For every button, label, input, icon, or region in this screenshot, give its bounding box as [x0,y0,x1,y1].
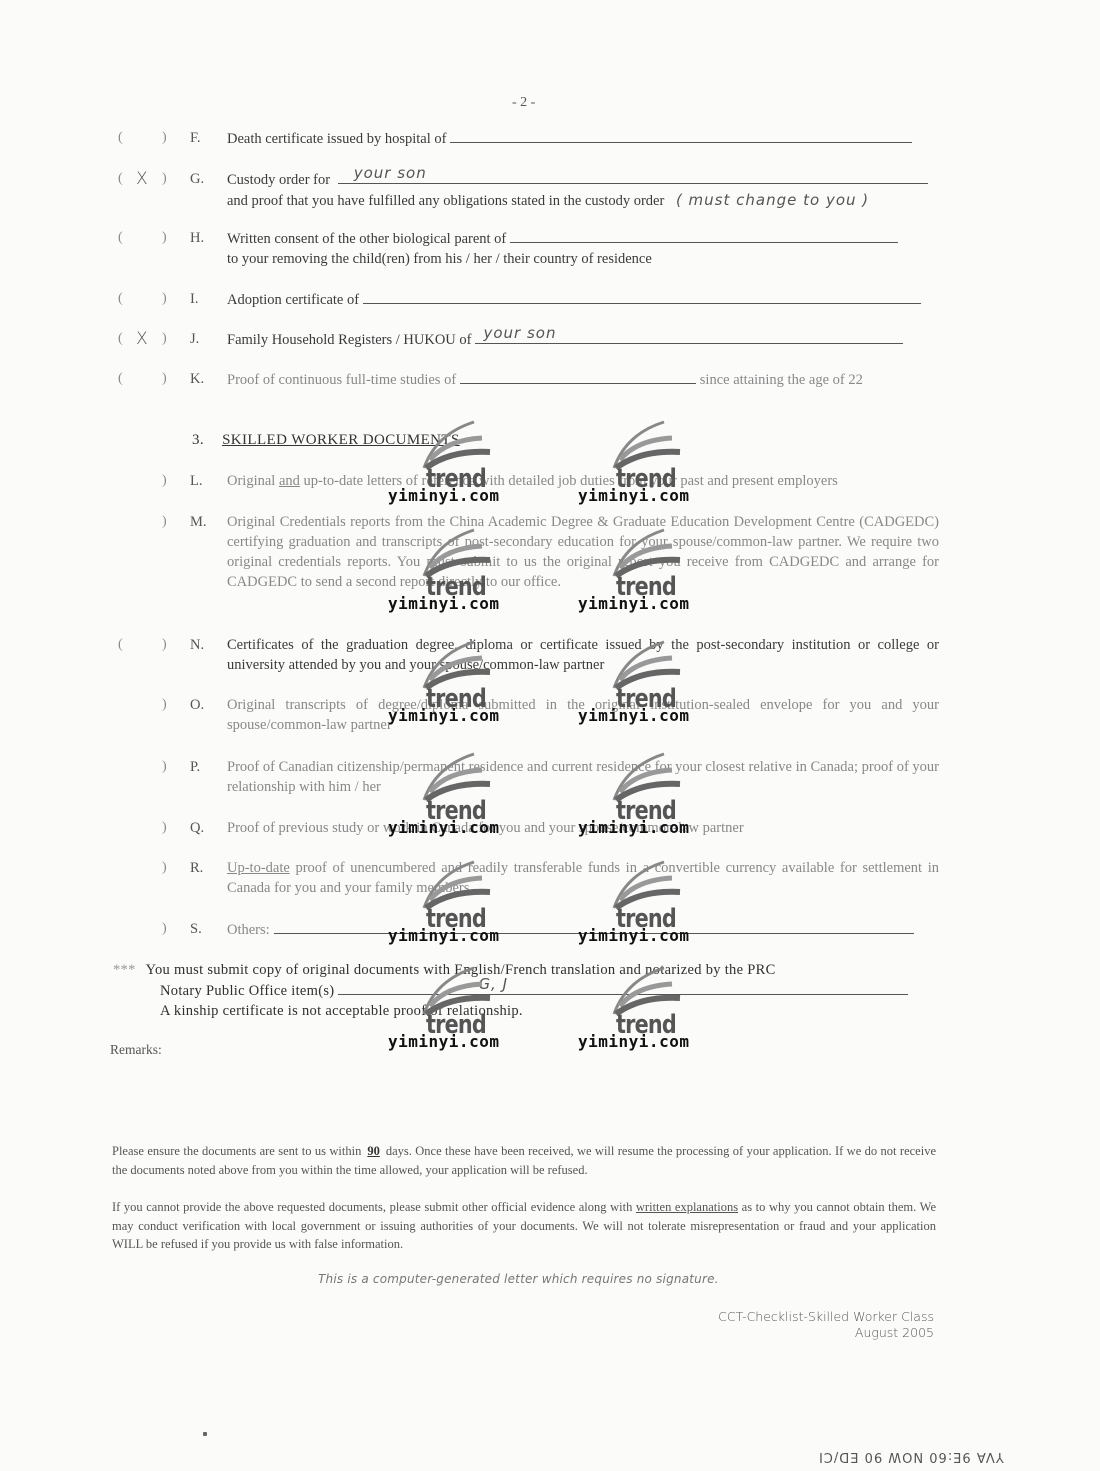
handwritten-check-mark: X [136,329,148,349]
checkbox-left: ( [118,128,123,148]
watermark-site: yiminyi.com [578,1032,689,1051]
checkbox-right: ) [162,169,167,189]
notary-items-blank: G, J [338,980,908,995]
checkbox-right: ) [162,128,167,148]
swoosh-logo-icon [606,420,686,470]
para-text: If you cannot provide the above requeste… [112,1200,636,1214]
fill-blank [363,289,921,304]
item-letter: M. [190,512,207,532]
fax-header-inverted: YVA 9E:60 NOW 90 ED/CI [818,1449,1004,1464]
checkbox-right: ) [162,369,167,389]
checkbox-left: ( [118,169,123,189]
checkbox-right: ) [162,471,167,491]
deadline-days: 90 [361,1144,386,1158]
watermark-site: yiminyi.com [578,594,689,613]
checkbox-right: ) [162,919,167,939]
fill-blank [450,128,912,143]
item-text: Original transcripts of degree/diploma s… [227,695,939,735]
note-line3: A kinship certificate is not acceptable … [113,1001,943,1021]
note-line1: You must submit copy of original documen… [146,962,776,978]
evidence-paragraph: If you cannot provide the above requeste… [112,1198,936,1254]
item-text: Certificates of the graduation degree, d… [227,635,939,675]
checkbox-right: ) [162,757,167,777]
checkbox-right: ) [162,329,167,349]
handwritten-check-mark: X [136,169,148,189]
item-letter: S. [190,919,202,939]
item-text: Custody order for [227,172,330,188]
fill-blank [460,369,696,384]
item-text: Original [227,473,279,489]
remarks-label: Remarks: [110,1042,162,1058]
page-number: - 2 - [512,95,535,111]
item-text-line2: and proof that you have fulfilled any ob… [227,193,664,209]
item-text-rest: up-to-date letters of reference with det… [300,473,838,489]
section-number: 3. [192,432,204,448]
item-letter: I. [190,289,198,309]
item-text: Proof of continuous full-time studies of [227,372,456,388]
para-text: Please ensure the documents are sent to … [112,1144,361,1158]
item-letter: O. [190,695,204,715]
handwritten-entry: your son [483,323,556,343]
item-letter: F. [190,128,201,148]
checkbox-left: ( [118,635,123,655]
checkbox-right: ) [162,695,167,715]
notary-note: ***You must submit copy of original docu… [113,960,943,1021]
item-text: Family Household Registers / HUKOU of [227,332,471,348]
checkbox-right: ) [162,818,167,838]
item-text: Proof of Canadian citizenship/permanent … [227,757,939,797]
item-letter: P. [190,757,200,777]
item-text: Death certificate issued by hospital of [227,131,446,147]
item-letter: N. [190,635,204,655]
checkbox-left: ( [118,228,123,248]
checkbox-left: ( [118,289,123,309]
item-letter: R. [190,858,203,878]
deadline-paragraph: Please ensure the documents are sent to … [112,1142,936,1179]
item-letter: G. [190,169,204,189]
item-text-underlined: Up-to-date [227,860,290,876]
para-underlined: written explanations [636,1200,738,1214]
item-letter: J. [190,329,199,349]
checkbox-left: ( [118,329,123,349]
checkbox-right: ) [162,858,167,878]
scan-speck [203,1432,207,1436]
item-text: Proof of previous study or work in Canad… [227,818,939,838]
watermark: trend yiminyi.com [578,420,718,510]
item-letter: Q. [190,818,204,838]
handwritten-items: G, J [478,974,508,994]
watermark-site: yiminyi.com [388,1032,499,1051]
note-stars: *** [113,962,136,978]
watermark-site: yiminyi.com [388,594,499,613]
item-text-line2: to your removing the child(ren) from his… [227,251,652,267]
handwritten-entry: your son [354,163,427,183]
form-date: August 2005 [718,1325,934,1341]
item-letter: H. [190,228,204,248]
item-text: Others: [227,922,270,938]
computer-generated-note: This is a computer-generated letter whic… [318,1272,719,1286]
checkbox-left: ( [118,369,123,389]
checkbox-right: ) [162,228,167,248]
checkbox-right: ) [162,289,167,309]
section-title: SKILLED WORKER DOCUMENTS [222,432,460,448]
item-text: Original Credentials reports from the Ch… [227,512,939,592]
form-id: CCT-Checklist-Skilled Worker Class [718,1309,934,1325]
item-letter: L. [190,471,202,491]
item-text-underlined: and [279,473,300,489]
fill-blank [274,919,914,934]
checkbox-right: ) [162,635,167,655]
item-letter: K. [190,369,204,389]
item-text: Adoption certificate of [227,292,359,308]
form-identifier: CCT-Checklist-Skilled Worker Class Augus… [718,1309,934,1341]
item-text: Written consent of the other biological … [227,231,506,247]
note-line2: Notary Public Office item(s) [160,983,334,999]
handwritten-note: ( must change to you ) [676,191,869,209]
fill-blank: your son [338,169,928,184]
item-text-suffix: since attaining the age of 22 [700,372,863,388]
fill-blank: your son [475,329,903,344]
checkbox-right: ) [162,512,167,532]
item-text: proof of unencumbered and readily transf… [227,860,939,896]
fill-blank [510,228,898,243]
section-heading: 3.SKILLED WORKER DOCUMENTS [192,432,460,449]
